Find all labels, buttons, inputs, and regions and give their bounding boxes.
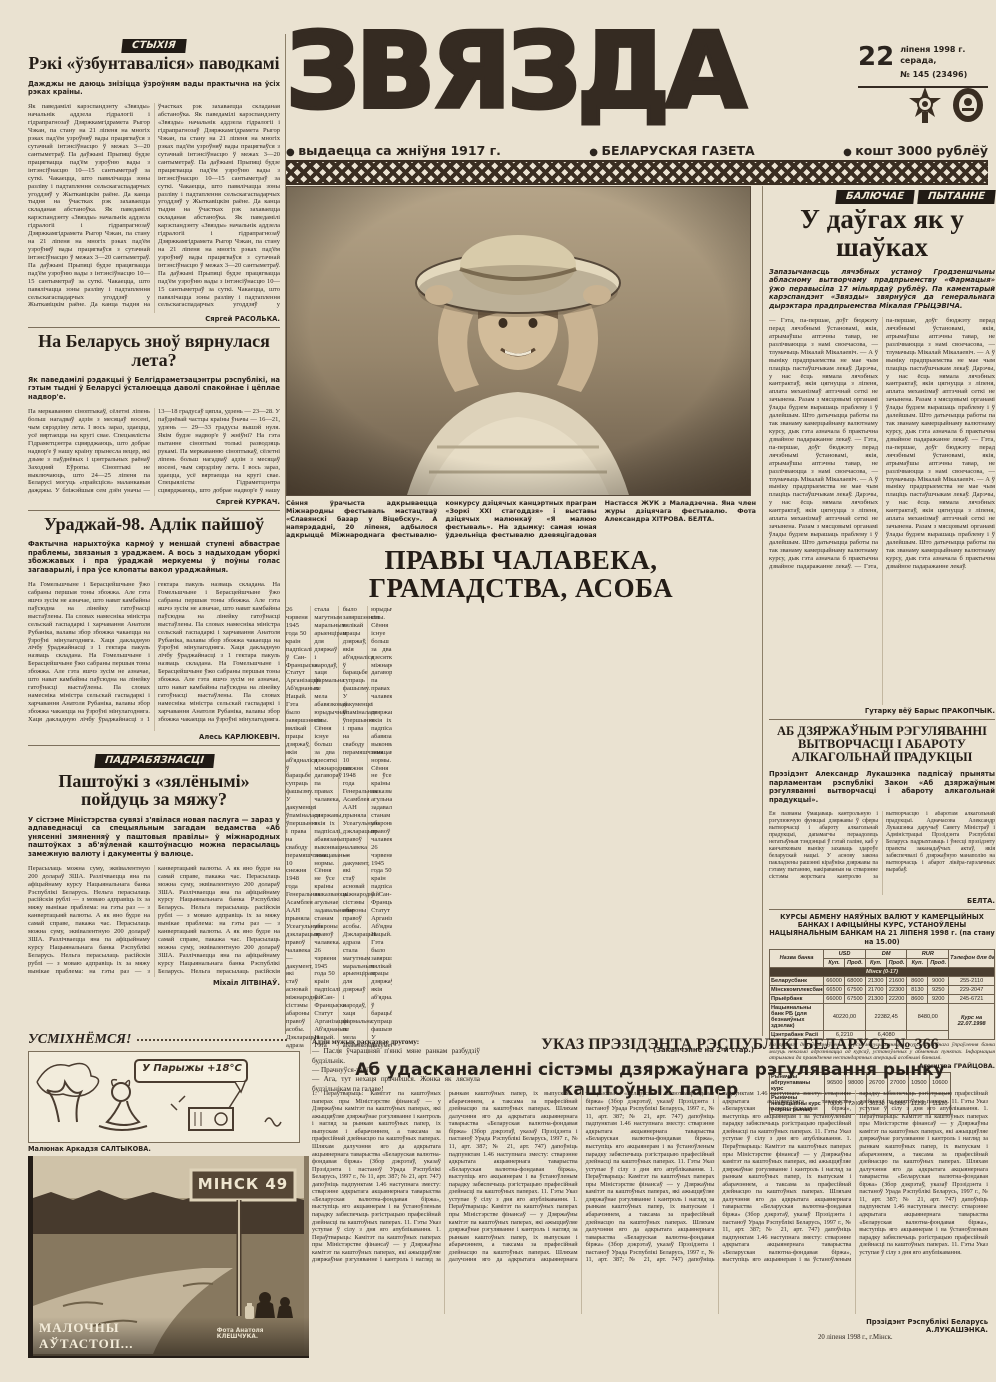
city-section-label: Мінск (0-17)	[770, 967, 995, 976]
newspaper-title: ЗВЯЗДА	[286, 10, 846, 132]
order-star-medal-icon	[908, 86, 942, 124]
nb-rur-rate: 8480,00	[907, 1003, 949, 1030]
debt-byline: Гутарку вёў Барыс ПРАКОПЧЫК.	[769, 707, 995, 715]
floods-lede: Дажджы не даюць знізіцца ўзроўням вады п…	[28, 80, 280, 97]
floods-byline: Сяргей РАСОЛЬКА.	[28, 315, 280, 323]
kicker-baluchae-pytanne: БАЛЮЧАЕ ПЫТАННЕ	[769, 186, 995, 204]
road-sign-text: МІНСК 49	[193, 1175, 293, 1193]
kicker-padrabyaznastsi: ПАДРАБЯЗНАСЦІ	[94, 754, 214, 768]
cartoon-credit: Малюнак Аркадзя САЛТЫКОВА.	[28, 1145, 306, 1153]
date-block: 22 ліпеня 1998 г. серада, № 145 (23496)	[858, 42, 988, 88]
article-summer: На Беларусь зноў вярнулася лета? Як паве…	[28, 332, 280, 506]
nb-dm-rate: 22382,45	[865, 1003, 907, 1030]
postcards-headline: Паштоўкі з «зялёнымі» пойдуць за мяжу?	[28, 772, 280, 809]
harvest-lede: Фактычна нарыхтоўка кармоў у меншай ступ…	[28, 540, 280, 574]
col-phone: Тэлефон для даведак	[949, 949, 995, 967]
col-dm: DM	[865, 949, 907, 958]
tagline-price: кошт 3000 рублёў	[843, 143, 988, 158]
national-bank-name: Нацыянальны банк РБ (для безнаяўных здзе…	[770, 1003, 824, 1030]
col-rur: RUR	[907, 949, 949, 958]
left-column: СТЫХІЯ Рэкі «ўзбунтаваліся» паводкамі Да…	[28, 34, 286, 1034]
rur-sell-header: Прод.	[928, 958, 949, 967]
masthead-taglines: выдаецца са жніўня 1917 г. БЕЛАРУСКАЯ ГА…	[286, 143, 988, 158]
joke-title: Адзін мужык расказвае другому:	[312, 1038, 480, 1047]
rur-buy-header: Куп.	[907, 958, 928, 967]
law-byline: БЕЛТА.	[769, 897, 995, 905]
national-bank-row: Нацыянальны банк РБ (для безнаяўных здзе…	[770, 1003, 995, 1030]
harvest-body: На Гомельшчыне і Берасцейшчыне ўжо сабра…	[28, 581, 280, 731]
law-headline: Аб дзяржаўным рэгуляванні вытворчасці і …	[769, 725, 995, 763]
col-bank-name: Назва банка	[770, 949, 824, 967]
dm-sell-header: Прод.	[886, 958, 907, 967]
folk-ornament-band	[286, 160, 988, 185]
article-floods: СТЫХІЯ Рэкі «ўзбунтаваліся» паводкамі Да…	[28, 35, 280, 323]
law-body: Ён пазваны ўмацаваць кантрольную і рэгул…	[769, 811, 995, 895]
col-usd: USD	[824, 949, 866, 958]
divider	[28, 745, 280, 746]
kicker-pytanne: ПЫТАННЕ	[917, 190, 995, 204]
ukaz-section: Адзін мужык расказвае другому: — Пасля ў…	[312, 1034, 988, 1364]
signature-role: Прэзідэнт Рэспублікі Беларусь	[818, 1318, 988, 1326]
summer-headline: На Беларусь зноў вярнулася лета?	[28, 332, 280, 369]
ukaz-signature: Прэзідэнт Рэспублікі Беларусь А.ЛУКАШЭНК…	[818, 1318, 988, 1341]
cartoon-speech-bubble: У Парыжы +18°С	[141, 1063, 243, 1074]
divider	[28, 327, 280, 328]
cartoon: У Парыжы +18°С	[28, 1051, 300, 1143]
article-harvest: Ураджай-98. Адлік пайшоў Фактычна нарыхт…	[28, 515, 280, 741]
article-postcards: ПАДРАБЯЗНАСЦІ Паштоўкі з «зялёнымі» пойд…	[28, 750, 280, 987]
table-row: Беларусбанк66000680002130021600860090002…	[770, 976, 995, 985]
right-column: БАЛЮЧАЕ ПЫТАННЕ У даўгах як у шаўках Зап…	[762, 186, 995, 1036]
harvest-headline: Ураджай-98. Адлік пайшоў	[28, 515, 280, 533]
roadside-photo-caption: МАЛОЧНЫ АЎТАСТОП... Фота Анатоля КЛЕШЧУК…	[33, 1317, 309, 1356]
dm-buy-header: Куп.	[865, 958, 886, 967]
roadside-photo: МІНСК 49 МАЛОЧНЫ АЎТАСТОП... Фота Анатол…	[28, 1156, 309, 1358]
city-section-row: Мінск (0-17)	[770, 967, 995, 976]
debt-body: — Гэта, па-першае, доўг бюджэту перад ля…	[769, 317, 995, 705]
festival-girl-photo	[286, 186, 751, 496]
rights-article: 26 чэрвеня 1945 года 50 краін падпісалі …	[286, 606, 756, 1054]
summer-body: Па меркаванню сіноптыкаў, сёлетні ліпень…	[28, 408, 280, 496]
summer-byline: Сяргей КУРКАЧ.	[28, 498, 280, 506]
summer-lede: Як паведамілі рэдакцыі ў Белгідраметэацэ…	[28, 376, 280, 401]
postcards-byline: Міхаіл ЛІТВІНАЎ.	[28, 979, 280, 987]
floods-body: Як паведамілі карэспандэнту «Звязды» нач…	[28, 103, 280, 313]
postcards-lede: У сістэме Міністэрства сувязі з'явілася …	[28, 816, 280, 858]
ukaz-title: УКАЗ ПРЭЗІДЭНТА РЭСПУБЛІКІ БЕЛАРУСЬ № 36…	[492, 1036, 988, 1054]
bottom-left-column: УСМІХНЁМСЯ!	[28, 1032, 306, 1362]
signature-date: 20 ліпеня 1998 г., г.Мінск.	[818, 1334, 988, 1341]
law-lede: Прэзідэнт Александр Лукашэнка падпісаў п…	[769, 770, 995, 804]
table-row: Прыёрбанк6600067500213002220086009200245…	[770, 994, 995, 1003]
center-column: Сёння ўрачыста адкрываецца Міжнародны фе…	[286, 186, 756, 1034]
divider	[28, 510, 280, 511]
kicker-baluchae: БАЛЮЧАЕ	[835, 190, 915, 204]
tagline-founded: выдаецца са жніўня 1917 г.	[286, 143, 501, 158]
ukaz-body: 1. Пераўтварыць: Камітэт па каштоўных па…	[312, 1090, 988, 1314]
date-day: 22	[858, 42, 894, 72]
photo-title: МАЛОЧНЫ АЎТАСТОП...	[39, 1320, 211, 1352]
order-wreath-medal-icon	[950, 86, 986, 124]
rights-headline: ПРАВЫ ЧАЛАВЕКА, ГРАМАДСТВА, АСОБА	[286, 547, 756, 602]
currency-table-title: КУРСЫ АБМЕНУ НАЯЎНЫХ ВАЛЮТ У КАМЕРЦЫЙНЫХ…	[769, 913, 995, 946]
harvest-byline: Алесь КАРЛЮКЕВІЧ.	[28, 733, 280, 741]
signature-name: А.ЛУКАШЭНКА.	[818, 1326, 988, 1334]
nb-usd-rate: 40220,00	[824, 1003, 866, 1030]
divider	[769, 719, 995, 720]
photo-caption: Сёння ўрачыста адкрываецца Міжнародны фе…	[286, 499, 756, 541]
usd-buy-header: Куп.	[824, 958, 845, 967]
newspaper-front-page: ЗВЯЗДА 22 ліпеня 1998 г. серада, № 145 (…	[0, 0, 996, 1382]
photo-credit: Фота Анатоля КЛЕШЧУКА.	[217, 1328, 303, 1340]
floods-headline: Рэкі «ўзбунтаваліся» паводкамі	[28, 55, 280, 73]
tagline-gazette: БЕЛАРУСКАЯ ГАЗЕТА	[589, 143, 754, 158]
postcards-body: Перасылаць можна суму, эквівалентную 200…	[28, 865, 280, 977]
currency-header-row: Назва банка USD DM RUR Тэлефон для давед…	[770, 949, 995, 958]
bank-rate-rows: Беларусбанк66000680002130021600860090002…	[770, 976, 995, 1003]
debt-lede: Запазычанасць лячэбных устаноў Гродзеншч…	[769, 268, 995, 310]
smile-section-header: УСМІХНЁМСЯ!	[28, 1032, 306, 1048]
kicker-stykhiya: СТЫХІЯ	[121, 39, 186, 53]
masthead: ЗВЯЗДА 22 ліпеня 1998 г. серада, № 145 (…	[286, 24, 988, 158]
currency-table: Назва банка USD DM RUR Тэлефон для давед…	[769, 949, 995, 1040]
rights-body: 26 чэрвеня 1945 года 50 краін падпісалі …	[286, 606, 392, 1054]
debt-headline: У даўгах як у шаўках	[769, 206, 995, 261]
usd-sell-header: Прод.	[844, 958, 865, 967]
medal-icons	[866, 86, 986, 124]
table-row: Мінсккомплексбанк66500675002170022300813…	[770, 985, 995, 994]
